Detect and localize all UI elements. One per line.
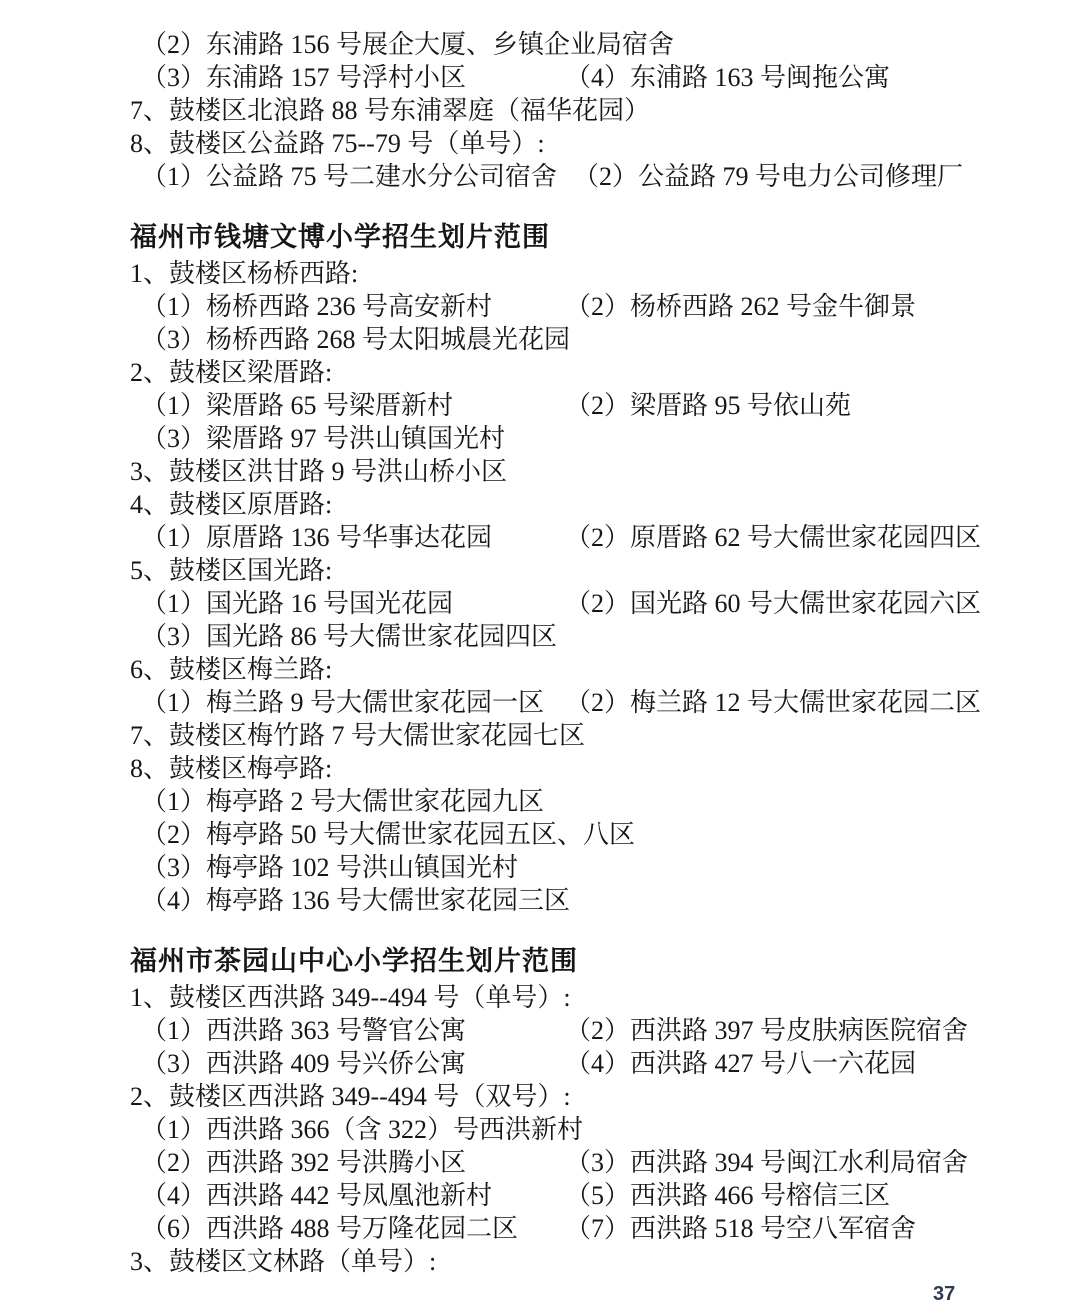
- address-line: （3）西洪路 409 号兴侨公寓（4）西洪路 427 号八一六花园: [0, 1047, 1080, 1080]
- address-line: （1）公益路 75 号二建水分公司宿舍（2）公益路 79 号电力公司修理厂: [0, 160, 1080, 193]
- address-text: （2）国光路 60 号大儒世家花园六区: [565, 589, 981, 618]
- address-line: （3）东浦路 157 号浮村小区（4）东浦路 163 号闽拖公寓: [0, 61, 1080, 94]
- address-line: 7、鼓楼区北浪路 88 号东浦翠庭（福华花园）: [0, 94, 1080, 127]
- address-text: （1）梅亭路 2 号大儒世家花园九区: [141, 787, 544, 816]
- address-line: （2）东浦路 156 号展企大厦、乡镇企业局宿舍: [0, 28, 1080, 61]
- address-text: （3）东浦路 157 号浮村小区: [141, 61, 565, 94]
- address-line: 3、鼓楼区文林路（单号）:: [0, 1245, 1080, 1278]
- address-line: （6）西洪路 488 号万隆花园二区（7）西洪路 518 号空八军宿舍: [0, 1212, 1080, 1245]
- address-text: 8、鼓楼区公益路 75--79 号（单号）:: [130, 129, 545, 158]
- address-text: 8、鼓楼区梅亭路:: [130, 754, 332, 783]
- address-text: （1）西洪路 366（含 322）号西洪新村: [141, 1115, 583, 1144]
- address-text: （6）西洪路 488 号万隆花园二区: [141, 1212, 565, 1245]
- page-number: 37: [933, 1283, 955, 1306]
- address-text: 6、鼓楼区梅兰路:: [130, 655, 332, 684]
- school-section-title: 福州市钱塘文博小学招生划片范围: [0, 220, 1080, 254]
- address-text: 1、鼓楼区杨桥西路:: [130, 259, 358, 288]
- address-line: 1、鼓楼区西洪路 349--494 号（单号）:: [0, 981, 1080, 1014]
- address-text: 4、鼓楼区原厝路:: [130, 490, 332, 519]
- address-line: （2）梅亭路 50 号大儒世家花园五区、八区: [0, 818, 1080, 851]
- address-text: （4）西洪路 427 号八一六花园: [565, 1049, 916, 1078]
- address-text: （2）西洪路 392 号洪腾小区: [141, 1146, 565, 1179]
- address-text: （3）梁厝路 97 号洪山镇国光村: [141, 424, 505, 453]
- address-text: （2）原厝路 62 号大儒世家花园四区: [565, 523, 981, 552]
- address-text: （2）杨桥西路 262 号金牛御景: [565, 292, 916, 321]
- address-line: 5、鼓楼区国光路:: [0, 554, 1080, 587]
- address-line: （3）国光路 86 号大儒世家花园四区: [0, 620, 1080, 653]
- address-line: （1）梁厝路 65 号梁厝新村（2）梁厝路 95 号依山苑: [0, 389, 1080, 422]
- address-line: 6、鼓楼区梅兰路:: [0, 653, 1080, 686]
- address-line: （3）梅亭路 102 号洪山镇国光村: [0, 851, 1080, 884]
- address-text: （4）东浦路 163 号闽拖公寓: [565, 63, 890, 92]
- address-line: （1）西洪路 366（含 322）号西洪新村: [0, 1113, 1080, 1146]
- address-text: （1）杨桥西路 236 号高安新村: [141, 290, 565, 323]
- address-text: （4）梅亭路 136 号大儒世家花园三区: [141, 886, 570, 915]
- document-page: （2）东浦路 156 号展企大厦、乡镇企业局宿舍 （3）东浦路 157 号浮村小…: [0, 28, 1080, 1278]
- address-line: 8、鼓楼区公益路 75--79 号（单号）:: [0, 127, 1080, 160]
- address-line: （2）西洪路 392 号洪腾小区（3）西洪路 394 号闽江水利局宿舍: [0, 1146, 1080, 1179]
- address-text: 1、鼓楼区西洪路 349--494 号（单号）:: [130, 983, 571, 1012]
- address-text: 2、鼓楼区西洪路 349--494 号（双号）:: [130, 1082, 571, 1111]
- address-line: （1）原厝路 136 号华事达花园（2）原厝路 62 号大儒世家花园四区: [0, 521, 1080, 554]
- address-line: （1）国光路 16 号国光花园（2）国光路 60 号大儒世家花园六区: [0, 587, 1080, 620]
- address-text: （1）梁厝路 65 号梁厝新村: [141, 389, 565, 422]
- school-section: 福州市钱塘文博小学招生划片范围 1、鼓楼区杨桥西路: （1）杨桥西路 236 号…: [0, 220, 1080, 917]
- address-line: （1）梅亭路 2 号大儒世家花园九区: [0, 785, 1080, 818]
- address-text: （1）梅兰路 9 号大儒世家花园一区: [141, 686, 565, 719]
- address-text: （1）公益路 75 号二建水分公司宿舍: [141, 160, 573, 193]
- address-line: （1）杨桥西路 236 号高安新村（2）杨桥西路 262 号金牛御景: [0, 290, 1080, 323]
- school-section-title: 福州市茶园山中心小学招生划片范围: [0, 944, 1080, 978]
- address-text: 7、鼓楼区北浪路 88 号东浦翠庭（福华花园）: [130, 96, 650, 125]
- address-line: 2、鼓楼区梁厝路:: [0, 356, 1080, 389]
- school-section: （2）东浦路 156 号展企大厦、乡镇企业局宿舍 （3）东浦路 157 号浮村小…: [0, 28, 1080, 193]
- address-text: 3、鼓楼区文林路（单号）:: [130, 1247, 436, 1276]
- address-line: 2、鼓楼区西洪路 349--494 号（双号）:: [0, 1080, 1080, 1113]
- address-text: （2）公益路 79 号电力公司修理厂: [573, 162, 963, 191]
- school-section: 福州市茶园山中心小学招生划片范围 1、鼓楼区西洪路 349--494 号（单号）…: [0, 944, 1080, 1278]
- address-text: （4）西洪路 442 号凤凰池新村: [141, 1179, 565, 1212]
- address-text: （1）原厝路 136 号华事达花园: [141, 521, 565, 554]
- address-line: 7、鼓楼区梅竹路 7 号大儒世家花园七区: [0, 719, 1080, 752]
- address-text: （1）国光路 16 号国光花园: [141, 587, 565, 620]
- address-text: （7）西洪路 518 号空八军宿舍: [565, 1214, 916, 1243]
- address-text: （3）国光路 86 号大儒世家花园四区: [141, 622, 557, 651]
- address-text: （3）梅亭路 102 号洪山镇国光村: [141, 853, 518, 882]
- address-text: 7、鼓楼区梅竹路 7 号大儒世家花园七区: [130, 721, 585, 750]
- address-line: 1、鼓楼区杨桥西路:: [0, 257, 1080, 290]
- address-line: （1）西洪路 363 号警官公寓（2）西洪路 397 号皮肤病医院宿舍: [0, 1014, 1080, 1047]
- address-text: （2）梅亭路 50 号大儒世家花园五区、八区: [141, 820, 635, 849]
- address-text: （2）西洪路 397 号皮肤病医院宿舍: [565, 1016, 968, 1045]
- address-line: （4）西洪路 442 号凤凰池新村（5）西洪路 466 号榕信三区: [0, 1179, 1080, 1212]
- address-line: （3）梁厝路 97 号洪山镇国光村: [0, 422, 1080, 455]
- address-text: （3）西洪路 394 号闽江水利局宿舍: [565, 1148, 968, 1177]
- address-line: 8、鼓楼区梅亭路:: [0, 752, 1080, 785]
- address-text: （3）西洪路 409 号兴侨公寓: [141, 1047, 565, 1080]
- address-line: （3）杨桥西路 268 号太阳城晨光花园: [0, 323, 1080, 356]
- address-line: 3、鼓楼区洪甘路 9 号洪山桥小区: [0, 455, 1080, 488]
- address-text: 3、鼓楼区洪甘路 9 号洪山桥小区: [130, 457, 507, 486]
- address-line: 4、鼓楼区原厝路:: [0, 488, 1080, 521]
- address-text: 2、鼓楼区梁厝路:: [130, 358, 332, 387]
- address-text: （2）东浦路 156 号展企大厦、乡镇企业局宿舍: [141, 30, 674, 59]
- address-text: （5）西洪路 466 号榕信三区: [565, 1181, 890, 1210]
- address-text: （1）西洪路 363 号警官公寓: [141, 1014, 565, 1047]
- address-line: （4）梅亭路 136 号大儒世家花园三区: [0, 884, 1080, 917]
- address-text: （2）梁厝路 95 号依山苑: [565, 391, 851, 420]
- address-text: 5、鼓楼区国光路:: [130, 556, 332, 585]
- address-line: （1）梅兰路 9 号大儒世家花园一区（2）梅兰路 12 号大儒世家花园二区: [0, 686, 1080, 719]
- address-text: （2）梅兰路 12 号大儒世家花园二区: [565, 688, 981, 717]
- address-text: （3）杨桥西路 268 号太阳城晨光花园: [141, 325, 570, 354]
